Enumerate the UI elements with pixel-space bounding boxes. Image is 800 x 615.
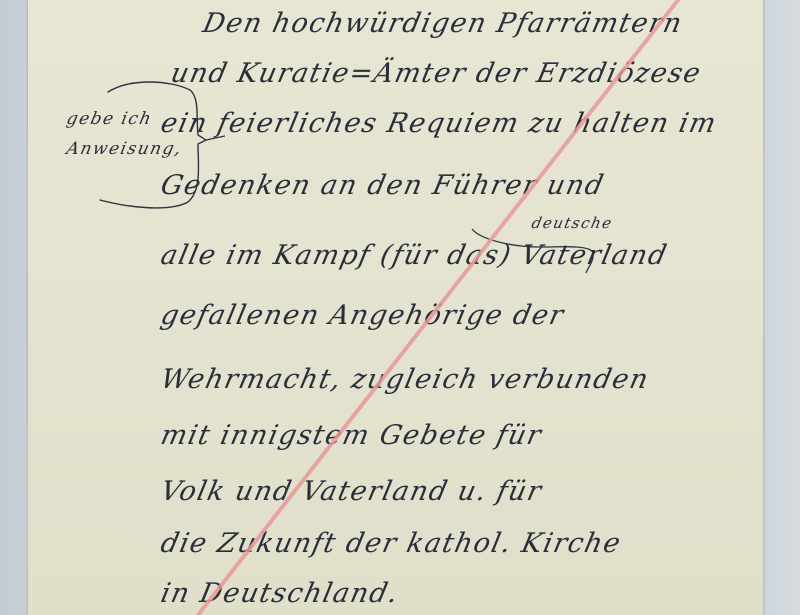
text-line-3: ein feierliches Requiem zu halten im: [158, 108, 720, 139]
photo-scene: gebe ich Anweisung, Den hochwürdigen Pfa…: [0, 0, 800, 615]
text-line-2: und Kuratie=Ämter der Erzdiözese: [168, 58, 705, 89]
text-line-4: Gedenken an den Führer und: [158, 170, 607, 201]
text-line-10: die Zukunft der kathol. Kirche: [158, 528, 624, 559]
text-line-1: Den hochwürdigen Pfarrämtern: [200, 8, 686, 39]
text-line-5: alle im Kampf (für das) Vaterland: [158, 240, 671, 271]
margin-note: gebe ich Anweisung,: [56, 80, 164, 210]
margin-note-line-2: Anweisung,: [64, 136, 185, 162]
text-line-8: mit innigstem Gebete für: [158, 420, 545, 451]
margin-note-line-1: gebe ich: [64, 106, 155, 132]
text-line-11: in Deutschland.: [158, 578, 402, 609]
text-line-9: Volk und Vaterland u. für: [158, 476, 545, 507]
text-line-7: Wehrmacht, zugleich verbunden: [158, 364, 652, 395]
text-line-6: gefallenen Angehörige der: [158, 300, 567, 331]
